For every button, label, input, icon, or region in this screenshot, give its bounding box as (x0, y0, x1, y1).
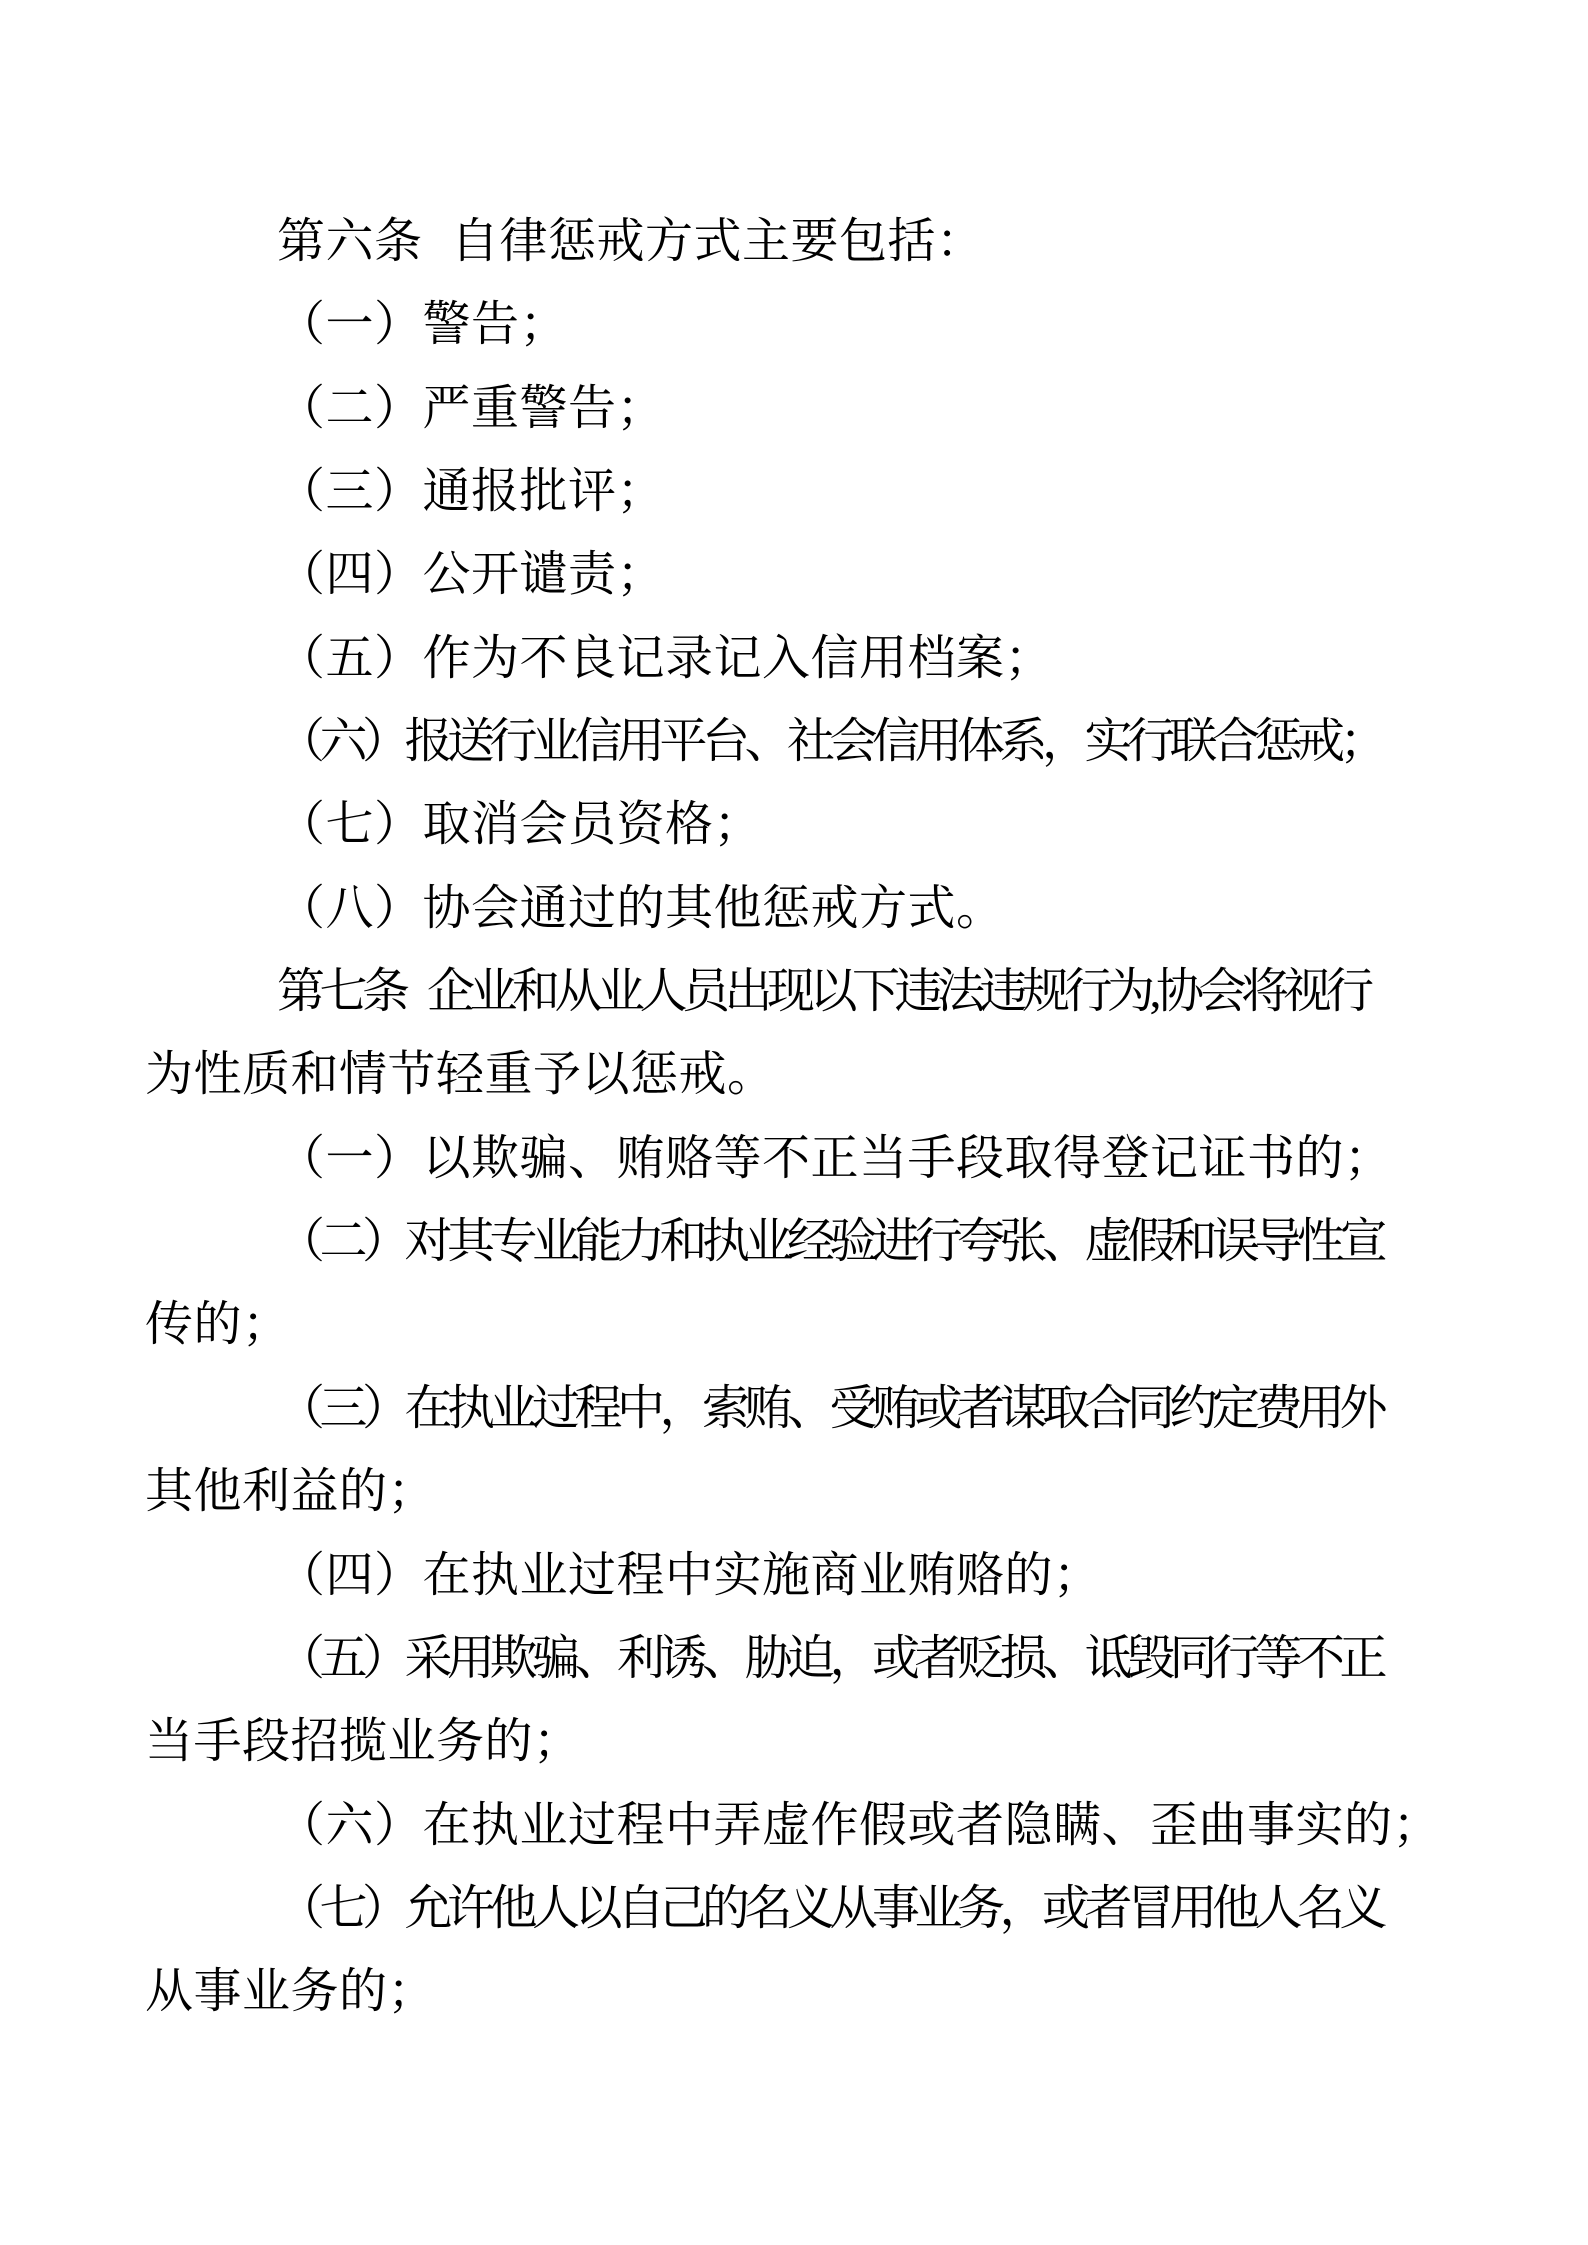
document-line: （二）对其专业能力和执业经验进行夸张、虚假和误导性宣 (145, 1200, 1448, 1283)
document-line: （一）以欺骗、贿赂等不正当手段取得登记证书的； (145, 1117, 1448, 1200)
document-line: （七）取消会员资格； (145, 783, 1448, 866)
document-line: 第七条 企业和从业人员出现以下违法违规行为,协会将视行 (145, 950, 1448, 1033)
document-line: （四）公开谴责； (145, 533, 1448, 616)
document-line: 其他利益的； (145, 1450, 1448, 1533)
document-line: 第六条 自律惩戒方式主要包括： (145, 200, 1448, 283)
document-body: 第六条 自律惩戒方式主要包括：（一）警告；（二）严重警告；（三）通报批评；（四）… (145, 200, 1448, 2034)
document-line: （五）作为不良记录记入信用档案； (145, 617, 1448, 700)
document-line: （三）在执业过程中，索贿、受贿或者谋取合同约定费用外 (145, 1367, 1448, 1450)
document-line: 传的； (145, 1283, 1448, 1366)
document-line: （七）允许他人以自己的名义从事业务，或者冒用他人名义 (145, 1867, 1448, 1950)
document-line: 当手段招揽业务的； (145, 1700, 1448, 1783)
document-page: 第六条 自律惩戒方式主要包括：（一）警告；（二）严重警告；（三）通报批评；（四）… (0, 0, 1588, 2245)
document-line: （八）协会通过的其他惩戒方式。 (145, 867, 1448, 950)
document-line: （三）通报批评； (145, 450, 1448, 533)
document-line: （六）在执业过程中弄虚作假或者隐瞒、歪曲事实的； (145, 1784, 1448, 1867)
document-line: （二）严重警告； (145, 367, 1448, 450)
document-line: 从事业务的； (145, 1950, 1448, 2033)
document-line: （四）在执业过程中实施商业贿赂的； (145, 1534, 1448, 1617)
document-line: （五）采用欺骗、利诱、胁迫，或者贬损、诋毁同行等不正 (145, 1617, 1448, 1700)
document-line: （一）警告； (145, 283, 1448, 366)
document-line: （六）报送行业信用平台、社会信用体系，实行联合惩戒； (145, 700, 1448, 783)
document-line: 为性质和情节轻重予以惩戒。 (145, 1033, 1448, 1116)
